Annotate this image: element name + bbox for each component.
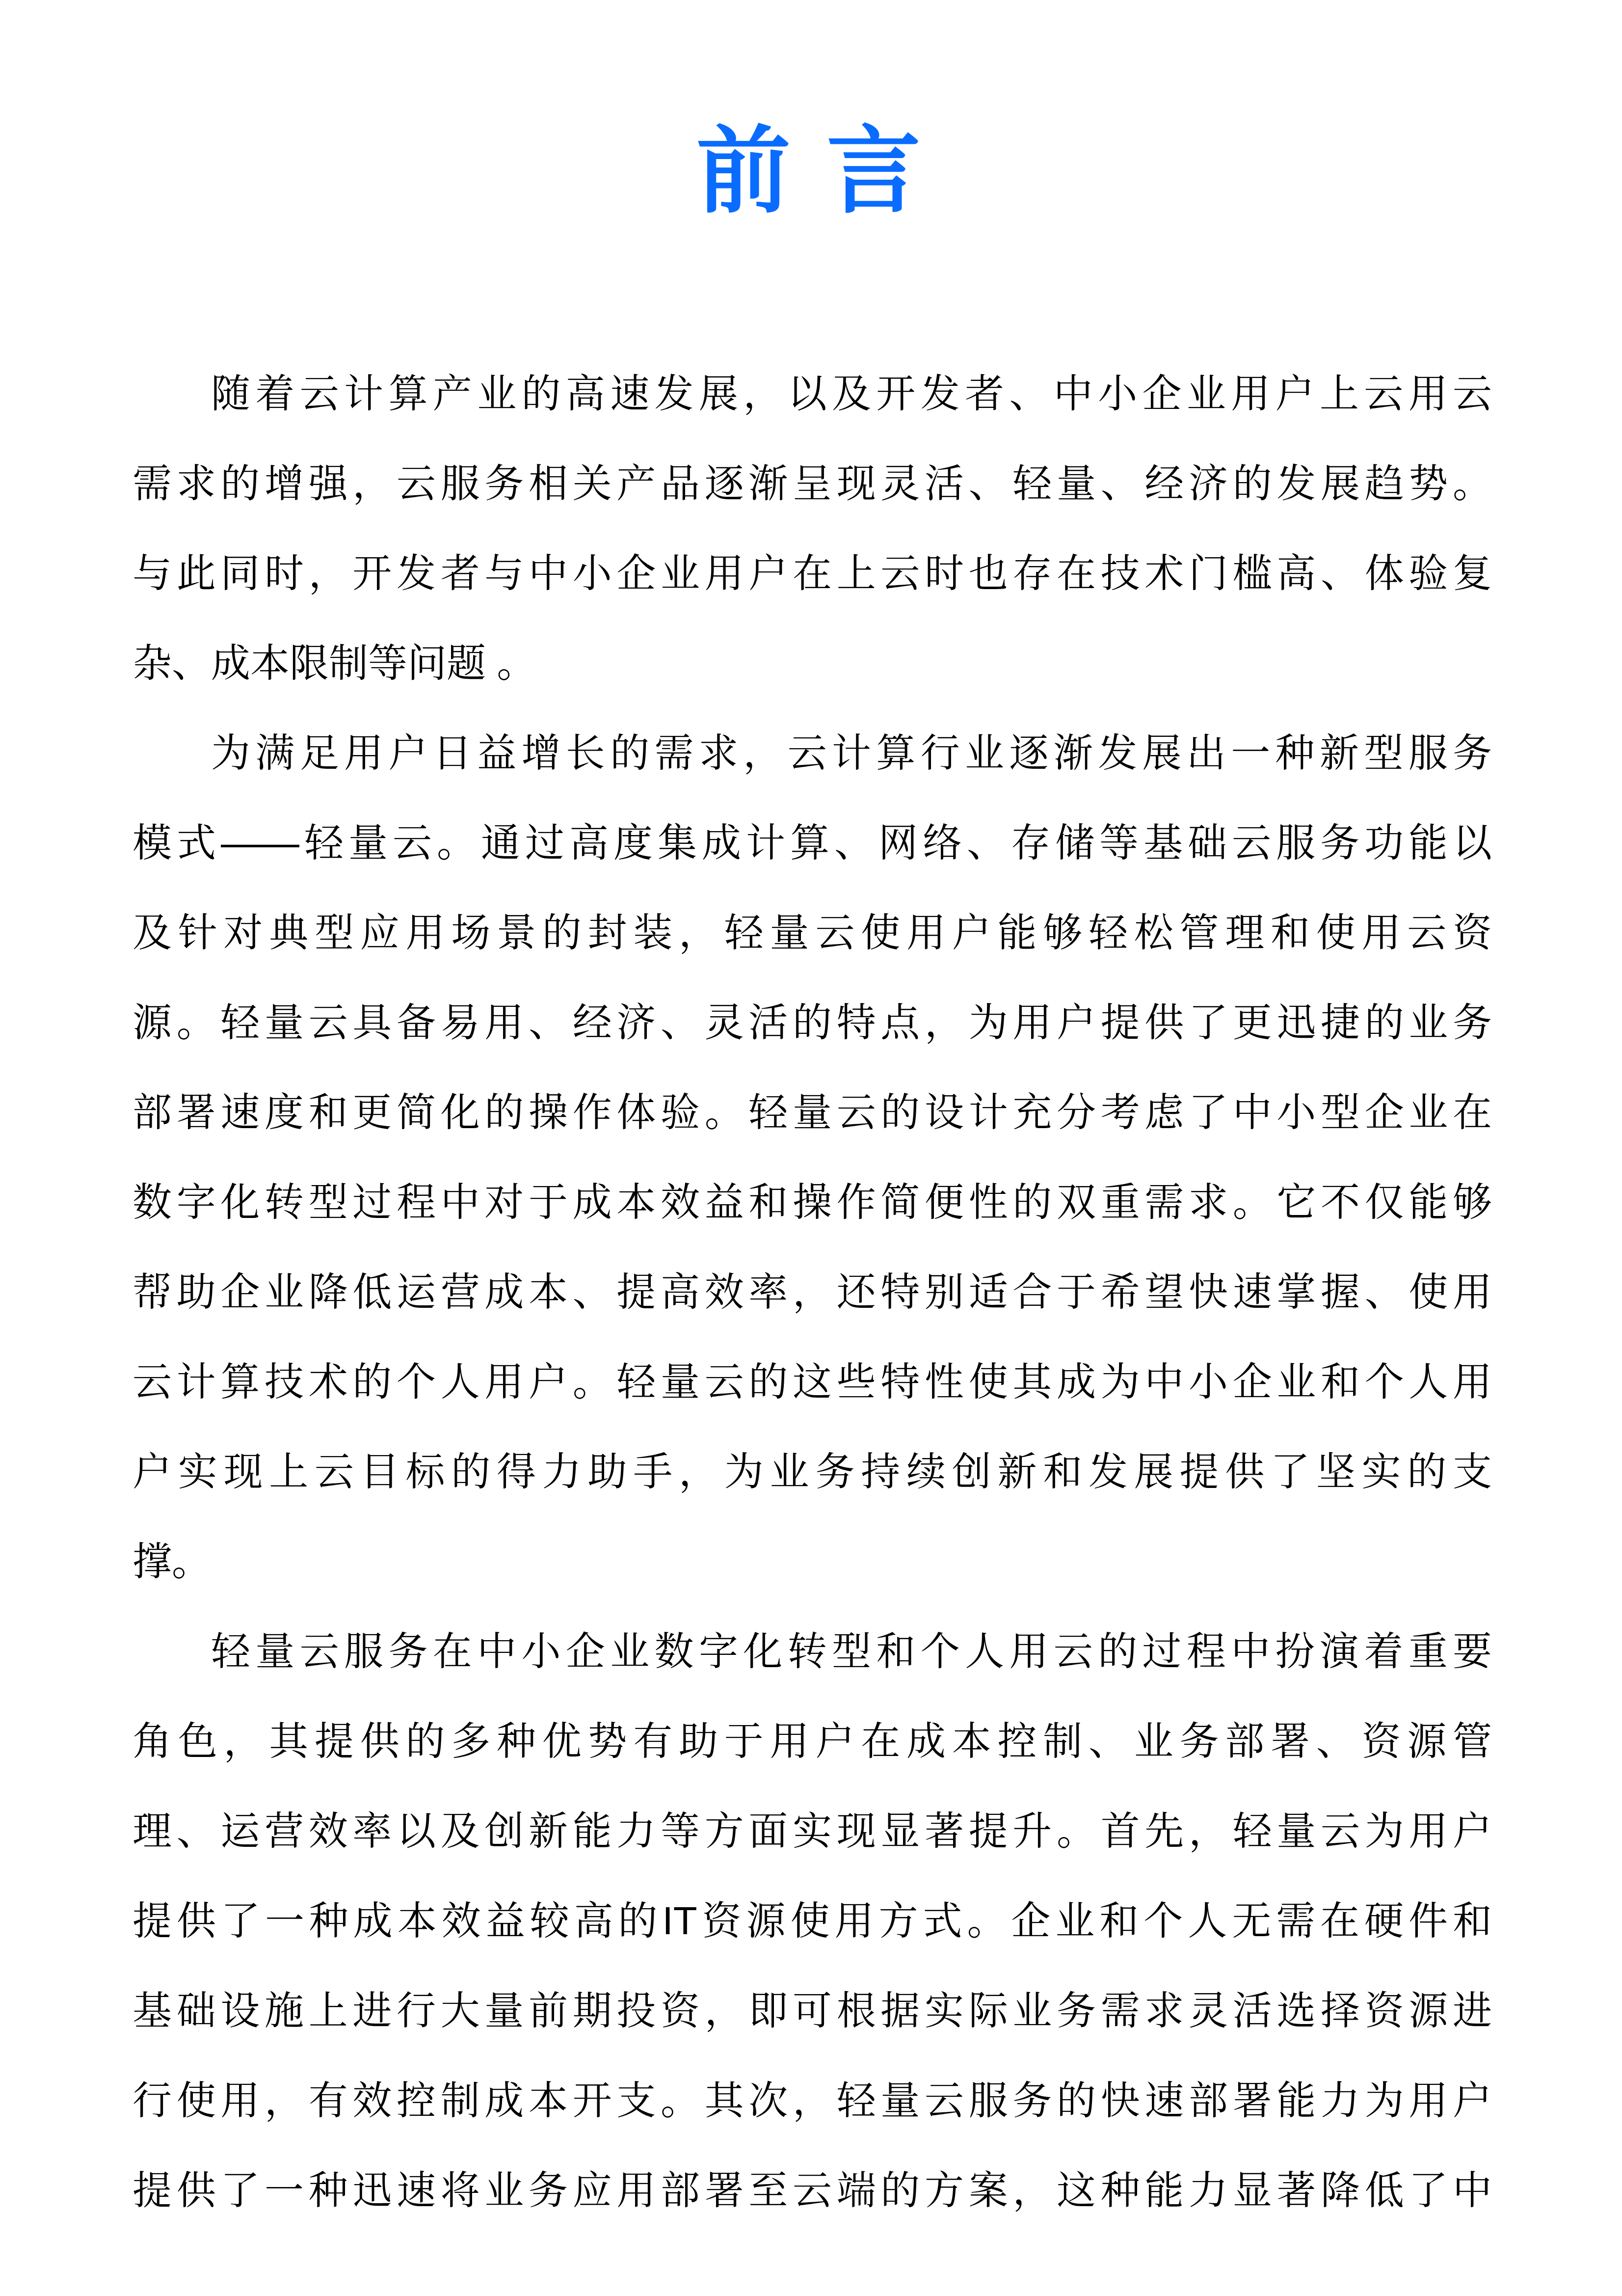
body-line: 数字化转型过程中对于成本效益和操作简便性的双重需求。它不仅能够 <box>133 1157 1492 1247</box>
paragraph: 随着云计算产业的高速发展，以及开发者、中小企业用户上云用云需求的增强，云服务相关… <box>133 349 1492 708</box>
paragraph: 轻量云服务在中小企业数字化转型和个人用云的过程中扮演着重要角色，其提供的多种优势… <box>133 1606 1492 2235</box>
body-line: 提供了一种成本效益较高的IT资源使用方式。企业和个人无需在硬件和 <box>133 1876 1492 1966</box>
body-line: 轻量云服务在中小企业数字化转型和个人用云的过程中扮演着重要 <box>133 1606 1492 1696</box>
body-line: 提供了一种迅速将业务应用部署至云端的方案，这种能力显著降低了中 <box>133 2145 1492 2235</box>
body-line: 模式——轻量云。通过高度集成计算、网络、存储等基础云服务功能以 <box>133 798 1492 888</box>
body-line: 撑。 <box>133 1516 1492 1606</box>
body-line: 为满足用户日益增长的需求，云计算行业逐渐发展出一种新型服务 <box>133 708 1492 798</box>
body-line: 杂、成本限制等问题 。 <box>133 618 1492 708</box>
body-line: 角色，其提供的多种优势有助于用户在成本控制、业务部署、资源管 <box>133 1696 1492 1786</box>
body-line: 随着云计算产业的高速发展，以及开发者、中小企业用户上云用云 <box>133 349 1492 438</box>
body-line: 与此同时，开发者与中小企业用户在上云时也存在技术门槛高、体验复 <box>133 528 1492 618</box>
body-line: 需求的增强，云服务相关产品逐渐呈现灵活、轻量、经济的发展趋势。 <box>133 438 1492 528</box>
document-body: 随着云计算产业的高速发展，以及开发者、中小企业用户上云用云需求的增强，云服务相关… <box>133 349 1492 2235</box>
body-line: 源。轻量云具备易用、经济、灵活的特点，为用户提供了更迅捷的业务 <box>133 977 1492 1067</box>
body-line: 行使用，有效控制成本开支。其次，轻量云服务的快速部署能力为用户 <box>133 2055 1492 2145</box>
body-line: 部署速度和更简化的操作体验。轻量云的设计充分考虑了中小型企业在 <box>133 1067 1492 1157</box>
body-line: 基础设施上进行大量前期投资，即可根据实际业务需求灵活选择资源进 <box>133 1966 1492 2055</box>
preface-page: 前 言 随着云计算产业的高速发展，以及开发者、中小企业用户上云用云需求的增强，云… <box>0 0 1622 2296</box>
body-line: 理、运营效率以及创新能力等方面实现显著提升。首先，轻量云为用户 <box>133 1786 1492 1876</box>
paragraph: 为满足用户日益增长的需求，云计算行业逐渐发展出一种新型服务模式——轻量云。通过高… <box>133 708 1492 1606</box>
body-line: 云计算技术的个人用户。轻量云的这些特性使其成为中小企业和个人用 <box>133 1337 1492 1427</box>
body-line: 及针对典型应用场景的封装，轻量云使用户能够轻松管理和使用云资 <box>133 888 1492 977</box>
page-title: 前 言 <box>0 0 1622 218</box>
body-line: 帮助企业降低运营成本、提高效率，还特别适合于希望快速掌握、使用 <box>133 1247 1492 1337</box>
body-line: 户实现上云目标的得力助手，为业务持续创新和发展提供了坚实的支 <box>133 1427 1492 1516</box>
